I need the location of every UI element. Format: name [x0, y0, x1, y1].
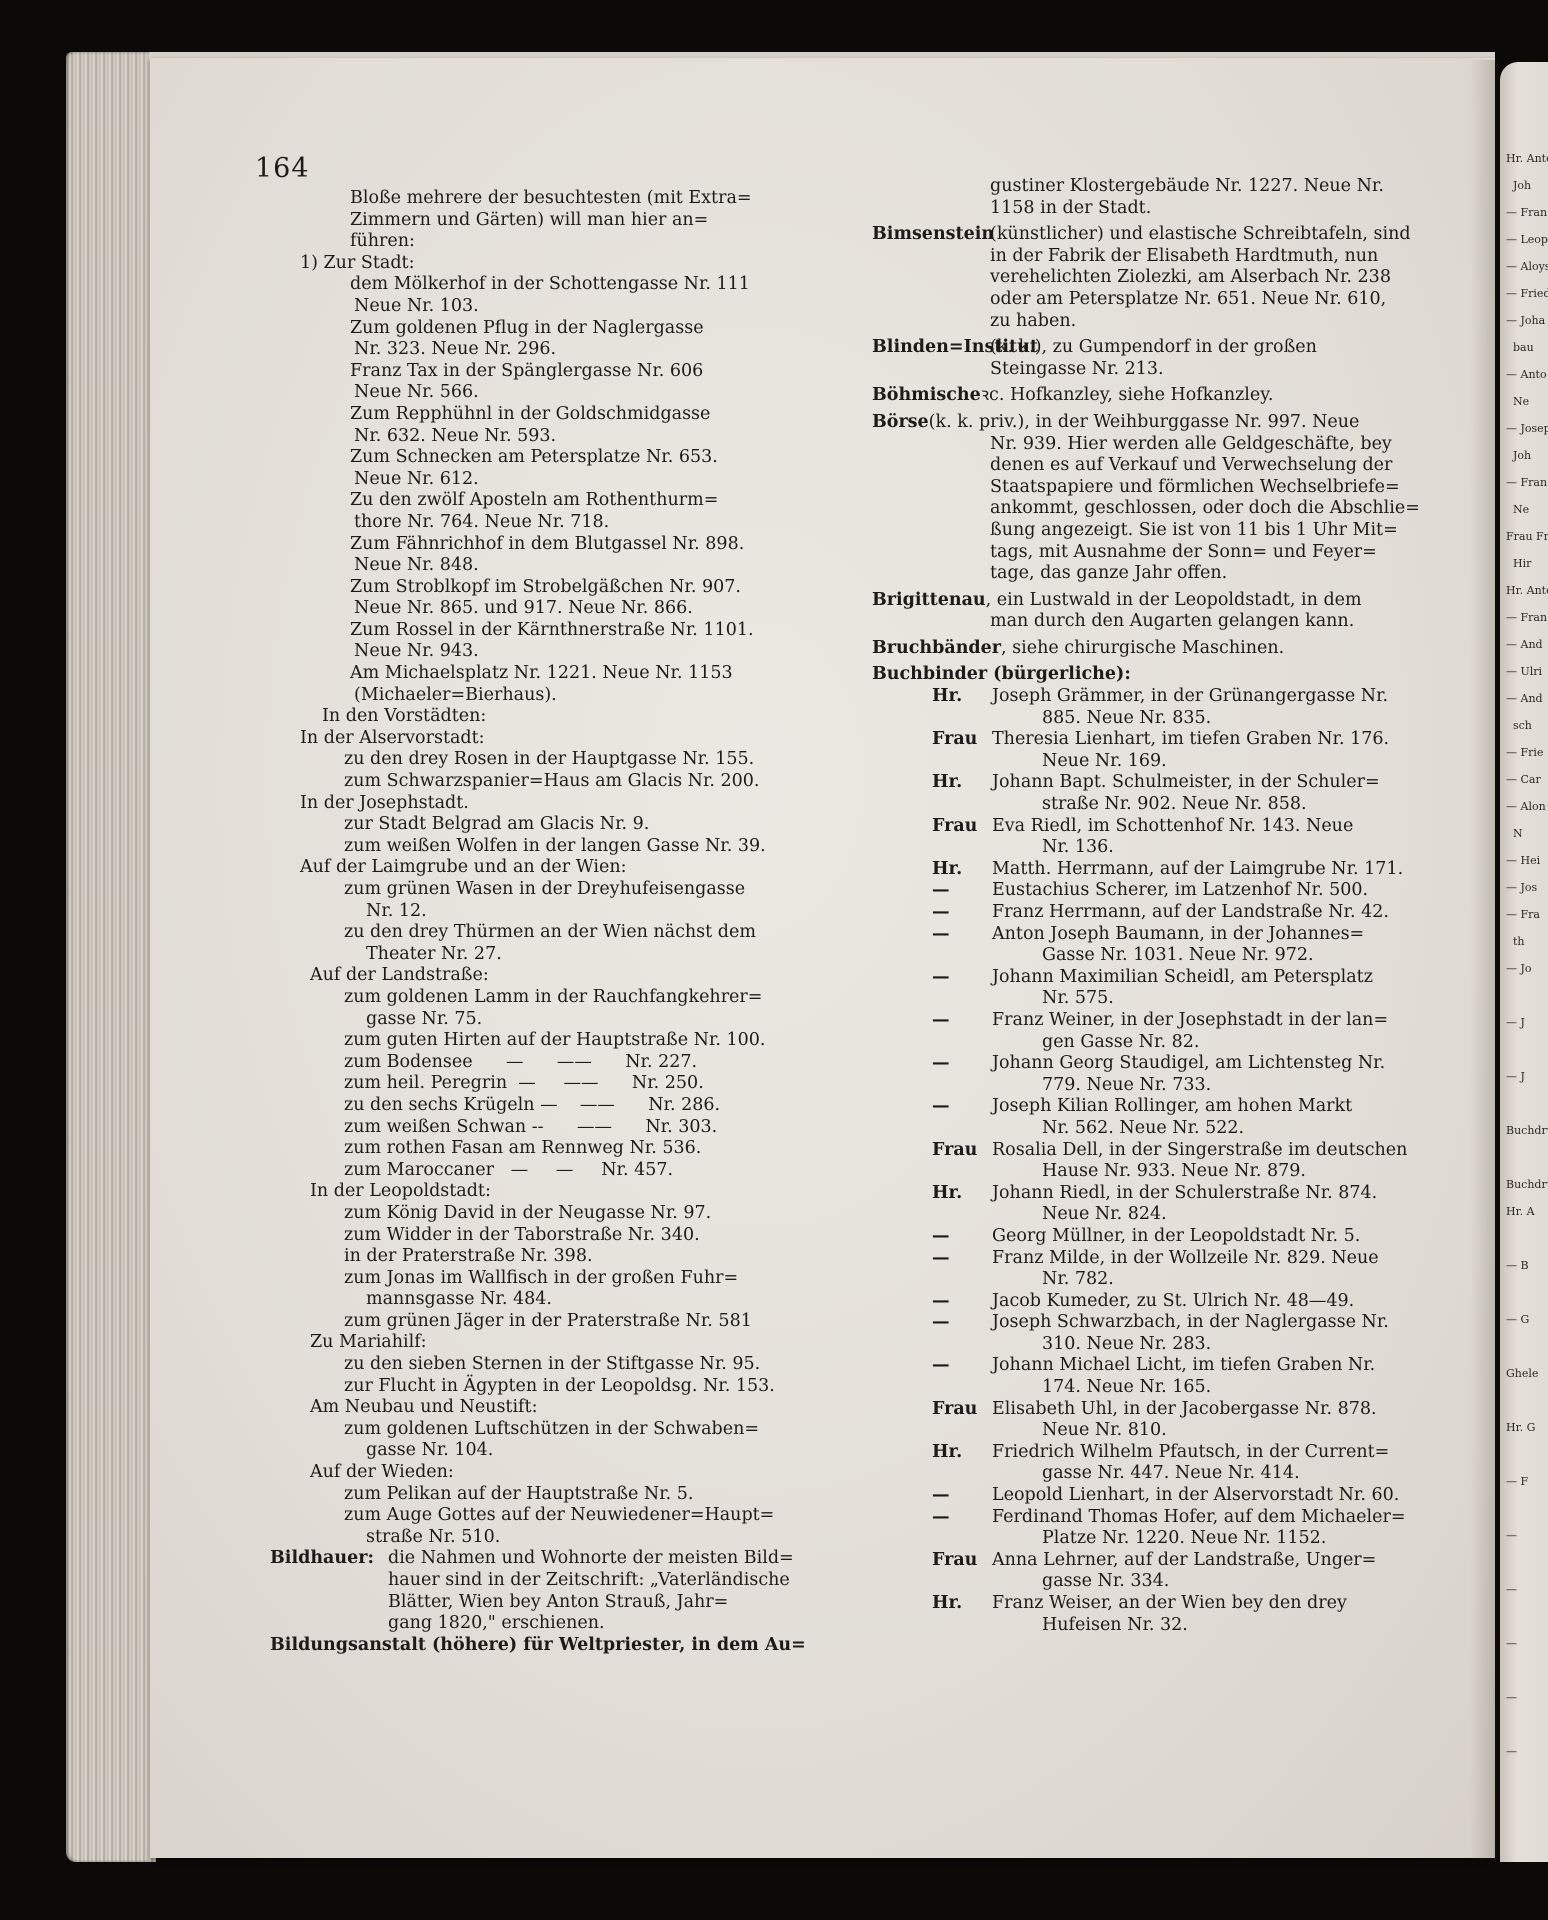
right-entry-label: Bimsenstein [872, 224, 990, 246]
stadt-entry-continuation: (Michaeler=Bierhaus). [300, 685, 885, 707]
page-number: 164 [255, 153, 310, 184]
district-entry-line: zum guten Hirten auf der Hauptstraße Nr.… [300, 1030, 885, 1052]
buchbinder-entry: FrauAnna Lehrner, auf der Landstraße, Un… [872, 1550, 1457, 1572]
buchbinder-title [932, 945, 992, 967]
next-page-text: Hr. Anton [1506, 584, 1548, 598]
next-page-text: — Frie [1506, 746, 1543, 760]
buchbinder-text: Elisabeth Uhl, in der Jacobergasse Nr. 8… [992, 1399, 1377, 1421]
buchbinder-title [932, 1615, 992, 1637]
district-heading: Auf der Landstraße: [300, 965, 885, 987]
right-entry-line: Nr. 939. Hier werden alle Geldgeschäfte,… [872, 434, 1457, 456]
entry-bildungsanstalt: Bildungsanstalt (höhere) für Weltprieste… [270, 1635, 885, 1657]
buchbinder-title: — [932, 1096, 992, 1118]
buchbinder-entry: —Franz Milde, in der Wollzeile Nr. 829. … [872, 1248, 1457, 1270]
buchbinder-text: Gasse Nr. 1031. Neue Nr. 972. [992, 945, 1314, 967]
bildhauer-text: hauer sind in der Zeitschrift: „Vaterlän… [388, 1570, 790, 1592]
right-entry-text: oder am Petersplatze Nr. 651. Neue Nr. 6… [990, 289, 1386, 311]
buchbinder-text: Platze Nr. 1220. Neue Nr. 1152. [992, 1528, 1326, 1550]
right-entry-label: Börse [872, 412, 929, 434]
buchbinder-title: — [932, 1355, 992, 1377]
right-entry-text: tags, mit Ausnahme der Sonn= und Feyer= [990, 542, 1377, 564]
buchbinder-text: Joseph Grämmer, in der Grünangergasse Nr… [992, 686, 1388, 708]
district-entry-line: straße Nr. 510. [300, 1527, 885, 1549]
buchbinder-text: gasse Nr. 447. Neue Nr. 414. [992, 1463, 1300, 1485]
buchbinder-entry: —Eustachius Scherer, im Latzenhof Nr. 50… [872, 880, 1457, 902]
buchbinder-entry: Neue Nr. 824. [872, 1204, 1457, 1226]
stadt-entry-continuation: Nr. 632. Neue Nr. 593. [300, 426, 885, 448]
bildhauer-label [270, 1570, 388, 1592]
bildhauer-line: Blätter, Wien bey Anton Strauß, Jahr= [270, 1592, 885, 1614]
buchbinder-title: — [932, 1291, 992, 1313]
next-page-text: Joh [1506, 449, 1531, 463]
buchbinder-entry: Hr.Johann Bapt. Schulmeister, in der Sch… [872, 772, 1457, 794]
book-page-edges [66, 52, 156, 1862]
right-entry-line: denen es auf Verkauf und Verwechselung d… [872, 455, 1457, 477]
buchbinder-entry: 779. Neue Nr. 733. [872, 1075, 1457, 1097]
district-entry-line: gasse Nr. 75. [300, 1009, 885, 1031]
buchbinder-text: Neue Nr. 169. [992, 751, 1167, 773]
continuation-line: 1158 in der Stadt. [872, 198, 1457, 220]
next-page-text: — Fran [1506, 476, 1547, 490]
buchbinder-entry: —Georg Müllner, in der Leopoldstadt Nr. … [872, 1226, 1457, 1248]
next-page-text: — Jo [1506, 962, 1532, 976]
district-entry-line: zur Flucht in Ägypten in der Leopoldsg. … [300, 1376, 885, 1398]
right-entry-text: ꝛc. Hofkanzley, siehe Hofkanzley. [981, 385, 1274, 407]
right-entry-text: tage, das ganze Jahr offen. [990, 563, 1227, 585]
stadt-entry-continuation: Neue Nr. 612. [300, 469, 885, 491]
buchbinder-text: Franz Milde, in der Wollzeile Nr. 829. N… [992, 1248, 1379, 1270]
right-entry-label [872, 498, 990, 520]
right-entry-text: in der Fabrik der Elisabeth Hardtmuth, n… [990, 246, 1378, 268]
right-entry-text: Nr. 939. Hier werden alle Geldgeschäfte,… [990, 434, 1392, 456]
right-entry-label [872, 611, 990, 633]
right-entry-line: Bimsenstein(künstlicher) und elastische … [872, 224, 1457, 246]
buchbinder-text: Matth. Herrmann, auf der Laimgrube Nr. 1… [992, 859, 1403, 881]
right-entry-line: Blinden=Institut(k. k.), zu Gumpendorf i… [872, 337, 1457, 359]
district-entry-line: zum Bodensee — —— Nr. 227. [300, 1052, 885, 1074]
right-entry-text: Steingasse Nr. 213. [990, 359, 1164, 381]
buchbinder-text: Nr. 562. Neue Nr. 522. [992, 1118, 1244, 1140]
right-entry-line: zu haben. [872, 311, 1457, 333]
stadt-entry-line: dem Mölkerhof in der Schottengasse Nr. 1… [300, 274, 885, 296]
section-heading-stadt: 1) Zur Stadt: [300, 253, 885, 275]
district-entry-line: zum Schwarzspanier=Haus am Glacis Nr. 20… [300, 771, 885, 793]
buchbinder-text: Neue Nr. 810. [992, 1420, 1167, 1442]
buchbinder-text: Eustachius Scherer, im Latzenhof Nr. 500… [992, 880, 1368, 902]
buchbinder-entry: —Franz Herrmann, auf der Landstraße Nr. … [872, 902, 1457, 924]
district-entry-line: zum Auge Gottes auf der Neuwiedener=Haup… [300, 1505, 885, 1527]
next-page-text: — Car [1506, 773, 1541, 787]
buchbinder-title: — [932, 1507, 992, 1529]
stadt-entry-line: Zum Stroblkopf im Strobelgäßchen Nr. 907… [300, 577, 885, 599]
district-heading: In der Josephstadt. [300, 793, 885, 815]
next-page-text: — Anto [1506, 368, 1547, 382]
buchbinder-entry: —Ferdinand Thomas Hofer, auf dem Michael… [872, 1507, 1457, 1529]
district-entry-line: zu den drey Thürmen an der Wien nächst d… [300, 922, 885, 944]
buchbinder-entry: —Johann Maximilian Scheidl, am Peterspla… [872, 967, 1457, 989]
buchbinder-title [932, 1032, 992, 1054]
district-entry-line: zum weißen Schwan -- —— Nr. 303. [300, 1117, 885, 1139]
stadt-entry-line: Zum goldenen Pflug in der Naglergasse [300, 318, 885, 340]
right-entry-text: ßung angezeigt. Sie ist von 11 bis 1 Uhr… [990, 520, 1398, 542]
stadt-entry-line: Zum Repphühnl in der Goldschmidgasse [300, 404, 885, 426]
gutter-shadow [1470, 60, 1504, 1860]
district-entry-line: zu den sechs Krügeln — —— Nr. 286. [300, 1095, 885, 1117]
next-page-text: — [1506, 1691, 1521, 1705]
district-entry-line: zum rothen Fasan am Rennweg Nr. 536. [300, 1138, 885, 1160]
next-page-text: bau [1506, 341, 1534, 355]
next-page-text: — Leop [1506, 233, 1548, 247]
right-entry-label [872, 311, 990, 333]
right-entry-text: (k. k.), zu Gumpendorf in der großen [990, 337, 1317, 359]
district-entry-line: zum Widder in der Taborstraße Nr. 340. [300, 1225, 885, 1247]
district-entry-line: zur Stadt Belgrad am Glacis Nr. 9. [300, 814, 885, 836]
buchbinder-title: Frau [932, 1140, 992, 1162]
buchbinder-entry: —Franz Weiner, in der Josephstadt in der… [872, 1010, 1457, 1032]
right-entry-line: tage, das ganze Jahr offen. [872, 563, 1457, 585]
buchbinder-text: Eva Riedl, im Schottenhof Nr. 143. Neue [992, 816, 1353, 838]
buchbinder-text: Theresia Lienhart, im tiefen Graben Nr. … [992, 729, 1389, 751]
buchbinder-text: 885. Neue Nr. 835. [992, 708, 1211, 730]
buchbinder-entry: Neue Nr. 810. [872, 1420, 1457, 1442]
bildhauer-text: die Nahmen und Wohnorte der meisten Bild… [388, 1548, 794, 1570]
buchbinder-text: Georg Müllner, in der Leopoldstadt Nr. 5… [992, 1226, 1360, 1248]
buchbinder-title: Hr. [932, 1442, 992, 1464]
buchbinder-entry: —Joseph Schwarzbach, in der Naglergasse … [872, 1312, 1457, 1334]
next-page-text: — Alon [1506, 800, 1546, 814]
right-entry-text: denen es auf Verkauf und Verwechselung d… [990, 455, 1392, 477]
stadt-entry-continuation: Neue Nr. 566. [300, 382, 885, 404]
buchbinder-text: Jacob Kumeder, zu St. Ulrich Nr. 48—49. [992, 1291, 1354, 1313]
buchbinder-text: Anton Joseph Baumann, in der Johannes= [992, 924, 1364, 946]
district-entry-line: zu den sieben Sternen in der Stiftgasse … [300, 1354, 885, 1376]
buchbinder-entry: Neue Nr. 169. [872, 751, 1457, 773]
buchbinder-text: Anna Lehrner, auf der Landstraße, Unger= [992, 1550, 1376, 1572]
right-entry-line: Staatspapiere und förmlichen Wechselbrie… [872, 477, 1457, 499]
buchbinder-title: Frau [932, 729, 992, 751]
buchbinder-text: 174. Neue Nr. 165. [992, 1377, 1211, 1399]
buchbinder-entry: FrauRosalia Dell, in der Singerstraße im… [872, 1140, 1457, 1162]
right-entry-list: Bimsenstein(künstlicher) und elastische … [872, 224, 1457, 664]
buchbinder-text: Nr. 575. [992, 988, 1114, 1010]
next-page-text: — F [1506, 1475, 1528, 1489]
next-page-text: — [1506, 1529, 1521, 1543]
left-column: Bloße mehrere der besuchtesten (mit Extr… [300, 188, 885, 1656]
district-entry-line: in der Praterstraße Nr. 398. [300, 1246, 885, 1268]
buchbinder-entry: 310. Neue Nr. 283. [872, 1334, 1457, 1356]
buchbinder-title: — [932, 902, 992, 924]
next-page-text: sch [1506, 719, 1532, 733]
stadt-entry-continuation: thore Nr. 764. Neue Nr. 718. [300, 512, 885, 534]
buchbinder-title: Hr. [932, 859, 992, 881]
district-entry-line: zum grünen Wasen in der Dreyhufeisengass… [300, 879, 885, 901]
next-page-text: Hir [1506, 557, 1531, 571]
stadt-entry-continuation: Neue Nr. 865. und 917. Neue Nr. 866. [300, 598, 885, 620]
next-page-text: — B [1506, 1259, 1529, 1273]
right-entry-line: verehelichten Ziolezki, am Alserbach Nr.… [872, 267, 1457, 289]
next-page-text: — Fra [1506, 908, 1540, 922]
buchbinder-title: Frau [932, 816, 992, 838]
right-entry-text: (künstlicher) und elastische Schreibtafe… [990, 224, 1411, 246]
buchbinder-text: Leopold Lienhart, in der Alservorstadt N… [992, 1485, 1399, 1507]
stadt-entry-line: Zu den zwölf Aposteln am Rothenthurm= [300, 490, 885, 512]
buchbinder-entry: 174. Neue Nr. 165. [872, 1377, 1457, 1399]
buchbinder-text: 779. Neue Nr. 733. [992, 1075, 1211, 1097]
buchbinder-entry: —Joseph Kilian Rollinger, am hohen Markt [872, 1096, 1457, 1118]
next-page-text: — [1506, 1637, 1521, 1651]
buchbinder-entry: FrauElisabeth Uhl, in der Jacobergasse N… [872, 1399, 1457, 1421]
buchbinder-text: Franz Weiser, an der Wien bey den drey [992, 1593, 1347, 1615]
next-page-text: — [1506, 1745, 1517, 1759]
right-entry-text: Staatspapiere und förmlichen Wechselbrie… [990, 477, 1400, 499]
buchbinder-title: Hr. [932, 772, 992, 794]
next-page-text: Buchdrucker [1506, 1178, 1548, 1192]
right-entry-label [872, 434, 990, 456]
buchbinder-text: Hufeisen Nr. 32. [992, 1615, 1188, 1637]
buchbinder-title [932, 1528, 992, 1550]
buchbinder-title: — [932, 924, 992, 946]
buchbinder-list: Hr.Joseph Grämmer, in der Grünangergasse… [872, 686, 1457, 1636]
intro-line: führen: [300, 231, 885, 253]
buchbinder-title [932, 1161, 992, 1183]
continuation-line: gustiner Klostergebäude Nr. 1227. Neue N… [872, 176, 1457, 198]
buchbinder-text: Franz Herrmann, auf der Landstraße Nr. 4… [992, 902, 1389, 924]
buchbinder-text: Franz Weiner, in der Josephstadt in der … [992, 1010, 1388, 1032]
buchbinder-title [932, 837, 992, 859]
buchbinder-text: Nr. 136. [992, 837, 1114, 859]
next-page-text: — And [1506, 638, 1543, 652]
buchbinder-title: Hr. [932, 1183, 992, 1205]
stadt-entry-continuation: Neue Nr. 848. [300, 555, 885, 577]
district-heading: Auf der Wieden: [300, 1462, 885, 1484]
district-entry-line: zum goldenen Luftschützen in der Schwabe… [300, 1419, 885, 1441]
next-page-text: — [1506, 1583, 1521, 1597]
buchbinder-title: Frau [932, 1399, 992, 1421]
next-page-text: — And [1506, 692, 1543, 706]
right-entry-label [872, 477, 990, 499]
right-entry-label: Blinden=Institut [872, 337, 990, 359]
next-page-text: Ne [1506, 503, 1529, 517]
entry-bildhauer: Bildhauer:die Nahmen und Wohnorte der me… [300, 1548, 885, 1634]
district-entry-line: Nr. 12. [300, 901, 885, 923]
district-entry-line: zum Maroccaner — — Nr. 457. [300, 1160, 885, 1182]
buchbinder-entry: Hr.Friedrich Wilhelm Pfautsch, in der Cu… [872, 1442, 1457, 1464]
buchbinder-title [932, 1377, 992, 1399]
right-entry-label [872, 246, 990, 268]
right-entry-line: Böhmische ꝛc. Hofkanzley, siehe Hofkanzl… [872, 385, 1457, 407]
buchbinder-text: Johann Riedl, in der Schulerstraße Nr. 8… [992, 1183, 1377, 1205]
buchbinder-text: gen Gasse Nr. 82. [992, 1032, 1199, 1054]
bildhauer-label: Bildhauer: [270, 1548, 388, 1570]
bildhauer-line: Bildhauer:die Nahmen und Wohnorte der me… [270, 1548, 885, 1570]
buchbinder-text: Friedrich Wilhelm Pfautsch, in der Curre… [992, 1442, 1389, 1464]
stadt-entry-list: dem Mölkerhof in der Schottengasse Nr. 1… [300, 274, 885, 706]
buchbinder-entry: Nr. 136. [872, 837, 1457, 859]
buchbinder-entry: Nr. 562. Neue Nr. 522. [872, 1118, 1457, 1140]
next-page-text: — Fran [1506, 206, 1547, 220]
next-page-curl: Hr. Anto Joh— Fran— Leop— Aloys— Fried— … [1500, 62, 1548, 1862]
buchbinder-text: Rosalia Dell, in der Singerstraße im deu… [992, 1140, 1407, 1162]
bildhauer-line: gang 1820," erschienen. [270, 1613, 885, 1635]
buchbinder-text: straße Nr. 902. Neue Nr. 858. [992, 794, 1307, 816]
next-page-text: Hr. A [1506, 1205, 1535, 1219]
right-entry-label [872, 289, 990, 311]
buchbinder-text: Hause Nr. 933. Neue Nr. 879. [992, 1161, 1306, 1183]
buchbinder-title: Hr. [932, 1593, 992, 1615]
stadt-entry-line: Zum Schnecken am Petersplatze Nr. 653. [300, 447, 885, 469]
district-heading: Zu Mariahilf: [300, 1332, 885, 1354]
buchbinder-title: — [932, 1312, 992, 1334]
buchbinder-entry: 885. Neue Nr. 835. [872, 708, 1457, 730]
buchbinder-entry: gasse Nr. 334. [872, 1571, 1457, 1593]
buchbinder-title [932, 1420, 992, 1442]
district-entry-line: zum König David in der Neugasse Nr. 97. [300, 1203, 885, 1225]
buchbinder-text: Ferdinand Thomas Hofer, auf dem Michaele… [992, 1507, 1406, 1529]
right-entry-label [872, 455, 990, 477]
district-entry-line: zum heil. Peregrin — —— Nr. 250. [300, 1073, 885, 1095]
right-entry-line: ßung angezeigt. Sie ist von 11 bis 1 Uhr… [872, 520, 1457, 542]
buchbinder-entry: —Johann Michael Licht, im tiefen Graben … [872, 1355, 1457, 1377]
right-entry-line: oder am Petersplatze Nr. 651. Neue Nr. 6… [872, 289, 1457, 311]
next-page-text: — Aloys [1506, 260, 1548, 274]
buchbinder-text: 310. Neue Nr. 283. [992, 1334, 1211, 1356]
bildhauer-text: gang 1820," erschienen. [388, 1613, 605, 1635]
district-heading: In der Alservorstadt: [300, 728, 885, 750]
next-page-text: — Hei [1506, 854, 1540, 868]
next-page-text: — J [1506, 1070, 1525, 1084]
buchbinder-title [932, 1571, 992, 1593]
buchbinder-text: Johann Maximilian Scheidl, am Petersplat… [992, 967, 1373, 989]
right-entry-label [872, 520, 990, 542]
right-entry-label [872, 267, 990, 289]
buchbinder-title [932, 1334, 992, 1356]
stadt-entry-line: Zum Rossel in der Kärnthnerstraße Nr. 11… [300, 620, 885, 642]
district-entry-line: zum Pelikan auf der Hauptstraße Nr. 5. [300, 1484, 885, 1506]
district-entry-line: gasse Nr. 104. [300, 1440, 885, 1462]
buchbinder-title [932, 751, 992, 773]
right-entry-line: man durch den Augarten gelangen kann. [872, 611, 1457, 633]
next-page-text: Ghele [1506, 1367, 1538, 1381]
right-entry-text: , siehe chirurgische Maschinen. [1001, 638, 1284, 660]
buchbinder-text: Johann Michael Licht, im tiefen Graben N… [992, 1355, 1375, 1377]
buchbinder-text: Joseph Schwarzbach, in der Naglergasse N… [992, 1312, 1389, 1334]
buchbinder-title: Hr. [932, 686, 992, 708]
next-page-text: — J [1506, 1016, 1525, 1030]
right-entry-line: Bruchbänder, siehe chirurgische Maschine… [872, 638, 1457, 660]
next-page-text: Buchdrucker [1506, 1124, 1548, 1138]
buchbinder-title: Frau [932, 1550, 992, 1572]
right-entry-text: verehelichten Ziolezki, am Alserbach Nr.… [990, 267, 1391, 289]
right-entry-text: man durch den Augarten gelangen kann. [990, 611, 1354, 633]
buchbinder-entry: Gasse Nr. 1031. Neue Nr. 972. [872, 945, 1457, 967]
buchbinder-title: — [932, 1226, 992, 1248]
stadt-entry-line: Am Michaelsplatz Nr. 1221. Neue Nr. 1153 [300, 663, 885, 685]
right-entry-line: in der Fabrik der Elisabeth Hardtmuth, n… [872, 246, 1457, 268]
next-page-text: Frau Fra [1506, 530, 1548, 544]
buchbinder-title: — [932, 1248, 992, 1270]
right-entry-label: Brigittenau [872, 590, 986, 612]
buchbinder-entry: —Jacob Kumeder, zu St. Ulrich Nr. 48—49. [872, 1291, 1457, 1313]
next-page-text: — Josep [1506, 422, 1548, 436]
district-heading: In der Leopoldstadt: [300, 1181, 885, 1203]
right-entry-line: tags, mit Ausnahme der Sonn= und Feyer= [872, 542, 1457, 564]
stadt-entry-continuation: Neue Nr. 943. [300, 641, 885, 663]
buchbinder-text: Neue Nr. 824. [992, 1204, 1167, 1226]
buchbinder-title: — [932, 1010, 992, 1032]
buchbinder-entry: Nr. 575. [872, 988, 1457, 1010]
right-entry-label: Bruchbänder [872, 638, 1001, 660]
buchbinder-title [932, 794, 992, 816]
buchbinder-title: — [932, 1485, 992, 1507]
right-entry-line: Steingasse Nr. 213. [872, 359, 1457, 381]
intro-line: Bloße mehrere der besuchtesten (mit Extr… [300, 188, 885, 210]
buchbinder-title [932, 708, 992, 730]
next-page-text: Ne [1506, 395, 1529, 409]
buchbinder-title [932, 1204, 992, 1226]
district-entry-line: zum Jonas im Wallfisch in der großen Fuh… [300, 1268, 885, 1290]
next-page-text: — Joha [1506, 314, 1545, 328]
stadt-entry-line: Zum Fähnrichhof in dem Blutgassel Nr. 89… [300, 534, 885, 556]
bildhauer-label [270, 1592, 388, 1614]
next-page-text: Hr. G [1506, 1421, 1535, 1435]
next-page-text: — Fran [1506, 611, 1547, 625]
district-entry-line: mannsgasse Nr. 484. [300, 1289, 885, 1311]
district-heading: Am Neubau und Neustift: [300, 1397, 885, 1419]
buchbinder-text: Nr. 782. [992, 1269, 1114, 1291]
right-entry-label [872, 359, 990, 381]
section-heading-buchbinder: Buchbinder (bürgerliche): [872, 664, 1457, 686]
right-column: gustiner Klostergebäude Nr. 1227. Neue N… [872, 176, 1457, 1636]
district-entry-line: zum goldenen Lamm in der Rauchfangkehrer… [300, 987, 885, 1009]
buchbinder-entry: Platze Nr. 1220. Neue Nr. 1152. [872, 1528, 1457, 1550]
bildhauer-text: Blätter, Wien bey Anton Strauß, Jahr= [388, 1592, 728, 1614]
next-page-text: — G [1506, 1313, 1529, 1327]
buchbinder-entry: Hr.Matth. Herrmann, auf der Laimgrube Nr… [872, 859, 1457, 881]
buchbinder-title [932, 1075, 992, 1097]
buchbinder-text: Johann Bapt. Schulmeister, in der Schule… [992, 772, 1380, 794]
district-entry-line: zum grünen Jäger in der Praterstraße Nr.… [300, 1311, 885, 1333]
stadt-entry-continuation: Neue Nr. 103. [300, 296, 885, 318]
buchbinder-entry: Hufeisen Nr. 32. [872, 1615, 1457, 1637]
district-heading: Auf der Laimgrube und an der Wien: [300, 857, 885, 879]
buchbinder-title: — [932, 967, 992, 989]
buchbinder-text: Johann Georg Staudigel, am Lichtensteg N… [992, 1053, 1385, 1075]
right-entry-text: ankommt, geschlossen, oder doch die Absc… [990, 498, 1420, 520]
right-entry-text: , ein Lustwald in der Leopoldstadt, in d… [986, 590, 1362, 612]
stadt-entry-line: Franz Tax in der Spänglergasse Nr. 606 [300, 361, 885, 383]
district-entry-line: zum weißen Wolfen in der langen Gasse Nr… [300, 836, 885, 858]
district-entry-line: Theater Nr. 27. [300, 944, 885, 966]
next-page-text: th [1506, 935, 1525, 949]
next-page-text: Hr. Anto [1506, 152, 1548, 166]
right-entry-line: Börse (k. k. priv.), in der Weihburggass… [872, 412, 1457, 434]
buchbinder-entry: FrauTheresia Lienhart, im tiefen Graben … [872, 729, 1457, 751]
next-page-text: Joh [1506, 179, 1531, 193]
buchbinder-entry: Hr.Franz Weiser, an der Wien bey den dre… [872, 1593, 1457, 1615]
intro-line: Zimmern und Gärten) will man hier an= [300, 210, 885, 232]
bildhauer-line: hauer sind in der Zeitschrift: „Vaterlän… [270, 1570, 885, 1592]
buchbinder-entry: gen Gasse Nr. 82. [872, 1032, 1457, 1054]
right-entry-label: Böhmische [872, 385, 981, 407]
right-entry-line: ankommt, geschlossen, oder doch die Absc… [872, 498, 1457, 520]
buchbinder-title [932, 1269, 992, 1291]
buchbinder-entry: —Johann Georg Staudigel, am Lichtensteg … [872, 1053, 1457, 1075]
next-page-text: — Fried [1506, 287, 1548, 301]
buchbinder-title: — [932, 1053, 992, 1075]
right-entry-line: Brigittenau, ein Lustwald in der Leopold… [872, 590, 1457, 612]
right-entry-label [872, 542, 990, 564]
buchbinder-entry: gasse Nr. 447. Neue Nr. 414. [872, 1463, 1457, 1485]
